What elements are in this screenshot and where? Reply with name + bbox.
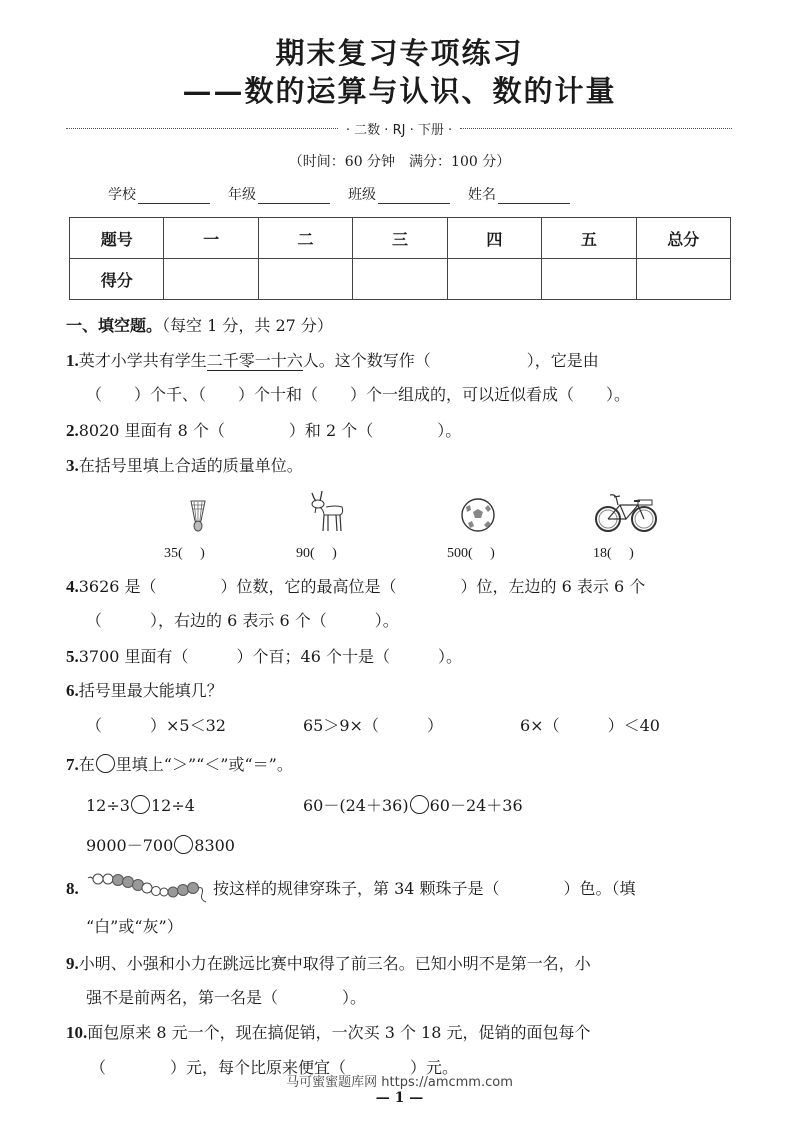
page-subtitle: ——数的运算与认识、数的计量 — [0, 74, 799, 108]
question-text: 里填上“＞”“＜”或“＝”。 — [116, 755, 293, 774]
table-cell: 题号 — [70, 218, 164, 259]
question-9-line-1: 9.小明、小强和小力在跳远比赛中取得了前三名。已知小明不是第一名，小 — [66, 954, 736, 974]
table-score-row: 得分 — [70, 259, 731, 300]
section-note: （每空 1 分，共 27 分） — [162, 316, 333, 335]
score-cell[interactable] — [636, 259, 730, 300]
table-cell: 三 — [353, 218, 447, 259]
series-label: · 二数 · RJ · 下册 · — [338, 119, 460, 138]
score-cell[interactable] — [447, 259, 541, 300]
class-field[interactable]: 班级 — [348, 184, 450, 204]
question-text: 英才小学共有学生 — [79, 351, 207, 370]
bicycle-icon — [594, 491, 658, 533]
question-number: 9. — [66, 954, 79, 973]
question-number: 2. — [66, 421, 79, 440]
section-heading: 一、填空题。（每空 1 分，共 27 分） — [66, 316, 736, 336]
school-field[interactable]: 学校 — [108, 184, 210, 204]
dotted-line — [460, 128, 732, 129]
score-cell[interactable] — [353, 259, 447, 300]
field-label: 姓名 — [468, 184, 496, 204]
expression-right: 60－24＋36 — [430, 796, 523, 815]
compare-circle[interactable] — [131, 795, 150, 814]
expression-left: 9000－700 — [86, 836, 173, 855]
watermark: 马可蜜蜜题库网 https://amcmm.com — [0, 1071, 799, 1090]
bead-string-icon — [86, 870, 210, 904]
score-cell[interactable] — [164, 259, 258, 300]
question-6-expression-3: 6×（ ）＜40 — [520, 716, 799, 736]
expression-left: 60－(24＋36) — [303, 796, 409, 815]
question-text: 3626 是（ ）位数，它的最高位是（ ）位，左边的 6 表示 6 个 — [79, 577, 646, 596]
expression-right: 8300 — [194, 836, 235, 855]
question-text: 在 — [79, 755, 95, 774]
question-text: 8020 里面有 8 个（ ）和 2 个（ ）。 — [79, 421, 462, 440]
question-8-text: 按这样的规律穿珠子，第 34 颗珠子是（ ）色。（填 — [213, 879, 799, 899]
question-text: 小明、小强和小力在跳远比赛中取得了前三名。已知小明不是第一名，小 — [79, 954, 591, 973]
shuttlecock-icon — [189, 499, 207, 533]
question-10-line-1: 10.面包原来 8 元一个，现在搞促销，一次买 3 个 18 元，促销的面包每个 — [66, 1023, 736, 1043]
soccer-ball-caption: 500( ) — [447, 542, 495, 562]
question-number: 1. — [66, 351, 79, 370]
compare-circle[interactable] — [410, 795, 429, 814]
question-text: 在括号里填上合适的质量单位。 — [79, 456, 303, 475]
bicycle-caption: 18( ) — [593, 542, 634, 562]
question-2: 2.8020 里面有 8 个（ ）和 2 个（ ）。 — [66, 421, 736, 441]
table-cell: 五 — [542, 218, 636, 259]
field-label: 班级 — [348, 184, 376, 204]
question-6: 6.括号里最大能填几？ — [66, 681, 736, 701]
soccer-ball-icon — [460, 497, 496, 533]
fill-blank[interactable] — [138, 187, 210, 204]
question-text: 人。这个数写作（ ），它是由 — [303, 351, 599, 370]
circle-icon — [96, 754, 115, 773]
name-field[interactable]: 姓名 — [468, 184, 570, 204]
question-1-line-2: （ ）个千、（ ）个十和（ ）个一组成的，可以近似看成（ ）。 — [86, 385, 756, 405]
question-3: 3.在括号里填上合适的质量单位。 — [66, 456, 736, 476]
question-4-line-2: （ ），右边的 6 表示 6 个（ ）。 — [86, 611, 756, 631]
question-1-line-1: 1.英才小学共有学生二千零一十六人。这个数写作（ ），它是由 — [66, 351, 736, 371]
fill-blank[interactable] — [378, 187, 450, 204]
question-number: 8. — [66, 879, 79, 898]
fill-blank[interactable] — [498, 187, 570, 204]
time-and-score-info: （时间：60 分钟 满分：100 分） — [0, 151, 799, 171]
table-cell: 得分 — [70, 259, 164, 300]
field-label: 年级 — [228, 184, 256, 204]
compare-circle[interactable] — [174, 835, 193, 854]
question-number: 6. — [66, 681, 79, 700]
table-cell: 二 — [258, 218, 352, 259]
question-number: 10. — [66, 1023, 87, 1042]
comparison-2: 60－(24＋36)60－24＋36 — [303, 795, 799, 816]
goat-icon — [306, 489, 346, 535]
underlined-number: 二千零一十六 — [207, 351, 303, 371]
question-number: 7. — [66, 755, 79, 774]
grade-field[interactable]: 年级 — [228, 184, 330, 204]
shuttlecock-caption: 35( ) — [164, 542, 205, 562]
fill-blank[interactable] — [258, 187, 330, 204]
section-title: 一、填空题。 — [66, 316, 162, 335]
dotted-line — [66, 128, 338, 129]
table-header-row: 题号 一 二 三 四 五 总分 — [70, 218, 731, 259]
score-cell[interactable] — [542, 259, 636, 300]
expression-right: 12÷4 — [151, 796, 195, 815]
question-number: 5. — [66, 647, 79, 666]
page-number: — 1 — — [0, 1090, 799, 1106]
question-number: 3. — [66, 456, 79, 475]
table-cell: 总分 — [636, 218, 730, 259]
question-number: 4. — [66, 577, 79, 596]
question-text: 面包原来 8 元一个，现在搞促销，一次买 3 个 18 元，促销的面包每个 — [87, 1023, 590, 1042]
question-4-line-1: 4.3626 是（ ）位数，它的最高位是（ ）位，左边的 6 表示 6 个 — [66, 577, 736, 597]
question-text: 3700 里面有（ ）个百；46 个十是（ ）。 — [79, 647, 462, 666]
goat-caption: 90( ) — [296, 542, 337, 562]
question-9-line-2: 强不是前两名，第一名是（ ）。 — [86, 988, 756, 1008]
series-divider: · 二数 · RJ · 下册 · — [66, 121, 732, 135]
comparison-3: 9000－7008300 — [86, 835, 756, 856]
score-table: 题号 一 二 三 四 五 总分 得分 — [69, 217, 731, 300]
score-cell[interactable] — [258, 259, 352, 300]
question-5: 5.3700 里面有（ ）个百；46 个十是（ ）。 — [66, 647, 736, 667]
field-label: 学校 — [108, 184, 136, 204]
student-info-fields: 学校 年级 班级 姓名 — [108, 184, 570, 204]
question-8-line-2: “白”或“灰”） — [86, 917, 756, 937]
table-cell: 四 — [447, 218, 541, 259]
page-title: 期末复习专项练习 — [0, 36, 799, 70]
question-7: 7.在里填上“＞”“＜”或“＝”。 — [66, 754, 736, 775]
expression-left: 12÷3 — [86, 796, 130, 815]
question-text: 括号里最大能填几？ — [79, 681, 223, 700]
table-cell: 一 — [164, 218, 258, 259]
